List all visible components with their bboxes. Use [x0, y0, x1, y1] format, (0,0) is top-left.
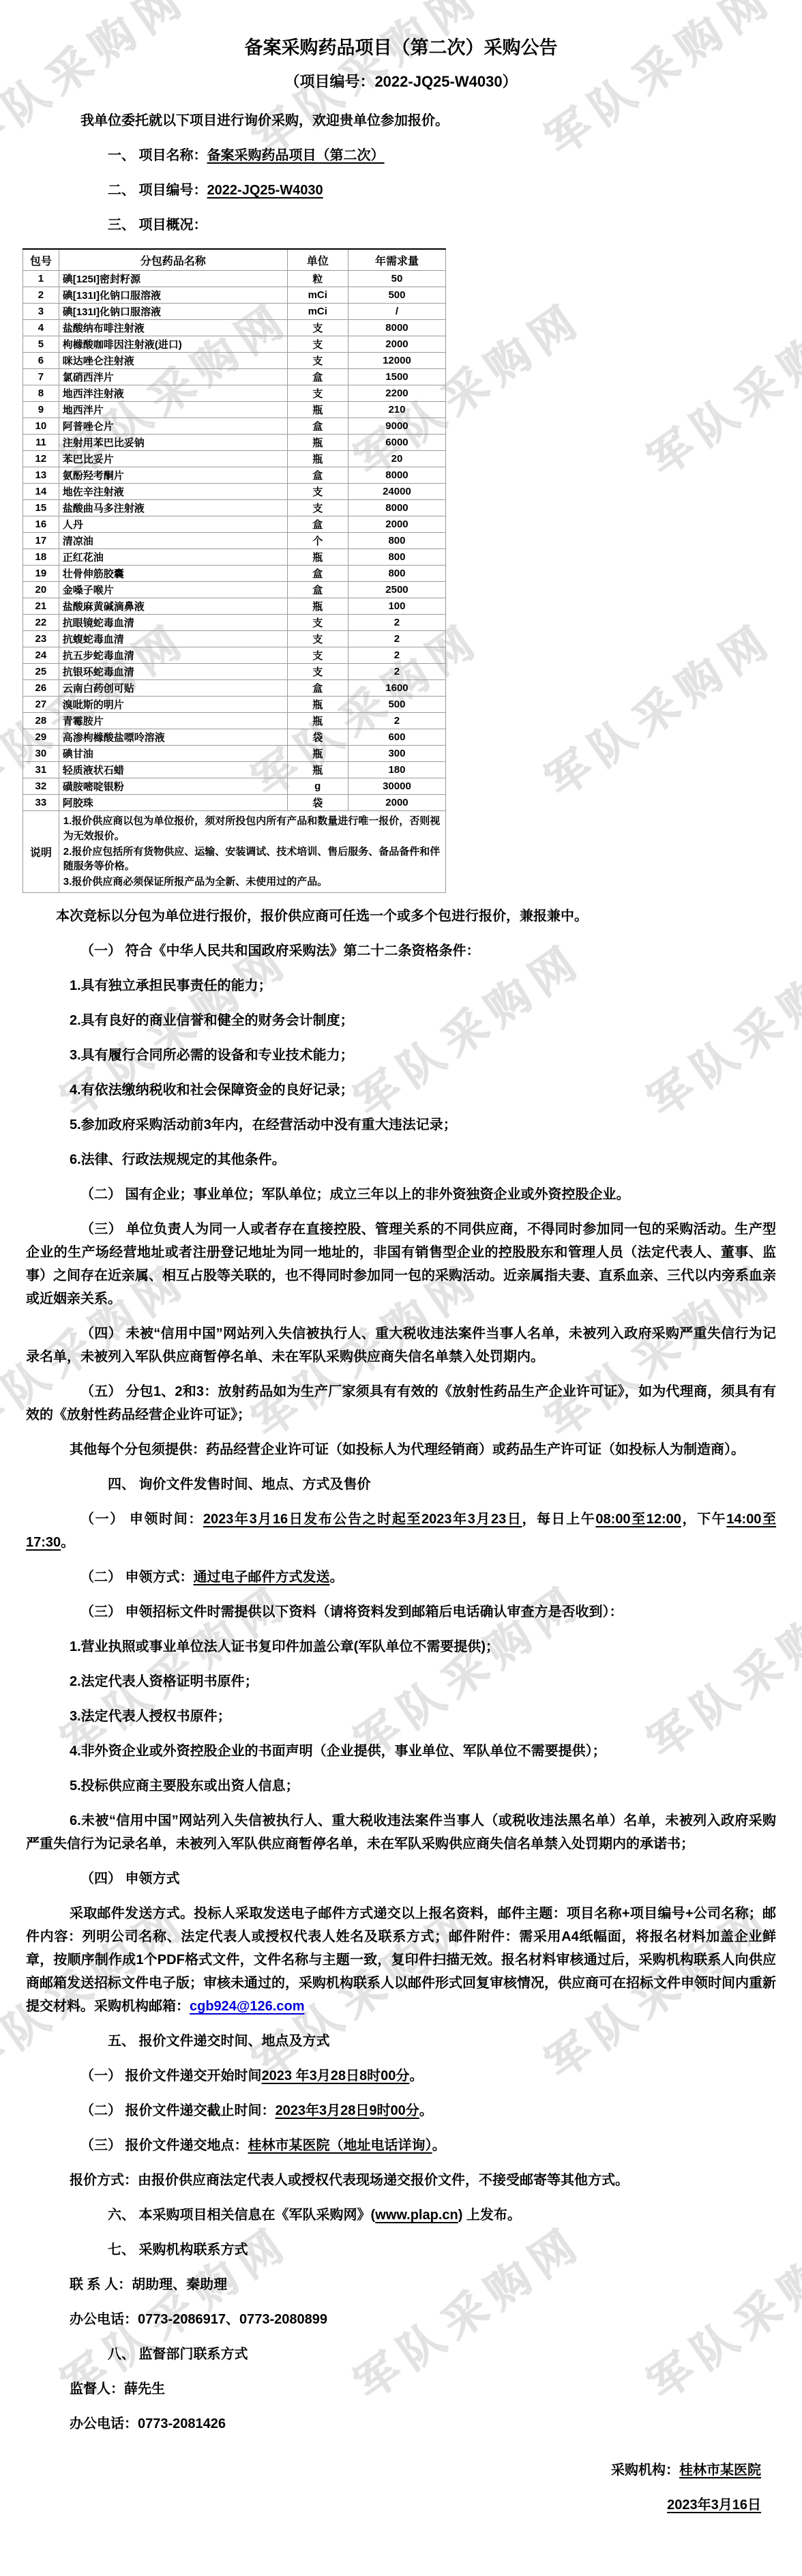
text-segment: 六、 本采购项目相关信息在《军队采购网》( — [108, 2208, 375, 2223]
table-row: 30碘甘油瓶300 — [23, 746, 446, 762]
unit-cell: 瓶 — [287, 598, 348, 615]
unit-cell: 瓶 — [287, 435, 348, 451]
material-item-5: 5.投标供应商主要股东或出资人信息； — [26, 1774, 776, 1798]
unit-cell: 盒 — [287, 418, 348, 435]
table-row: 9地西泮片瓶210 — [23, 402, 446, 418]
drug-name-cell: 氨酚羟考酮片 — [59, 467, 287, 484]
drug-name-cell: 阿普唑仑片 — [59, 418, 287, 435]
text-segment: 监督人：薛先生 — [70, 2382, 165, 2397]
drug-name-cell: 人丹 — [59, 516, 287, 533]
section-6-heading: 六、 本采购项目相关信息在《军队采购网》(www.plap.cn) 上发布。 — [26, 2204, 776, 2227]
text-segment: 桂林市某医院 — [679, 2463, 761, 2478]
drug-name-cell: 云南白药创可贴 — [59, 680, 287, 697]
text-segment: 一、 项目名称： — [108, 148, 207, 163]
drug-name-cell: 清凉油 — [59, 533, 287, 549]
bidding-rule-line: 本次竞标以分包为单位进行报价，报价供应商可任选一个或多个包进行报价，兼报兼中。 — [26, 905, 776, 928]
email-link[interactable]: cgb924@126.com — [190, 1999, 304, 2014]
drug-table-body: 1碘[125I]密封籽源粒502碘[131I]化钠口服溶液mCi5003碘[13… — [23, 271, 446, 811]
annual-demand-cell: 2200 — [348, 385, 445, 402]
text-segment: （四） 未被“信用中国”网站列入失信被执行人、重大税收违法案件当事人名单，未被列… — [26, 1326, 776, 1364]
text-segment: 5.参加政府采购活动前3年内，在经营活动中没有重大违法记录； — [70, 1117, 457, 1132]
text-segment: 3.法定代表人授权书原件； — [70, 1709, 231, 1724]
intro-line: 我单位委托就以下项目进行询价采购，欢迎贵单位参加报价。 — [26, 109, 776, 132]
text-segment: 2.具有良好的商业信誉和健全的财务会计制度； — [70, 1013, 354, 1028]
column-header-unit: 单位 — [287, 249, 348, 271]
package-number-cell: 31 — [23, 762, 59, 778]
text-segment: 4.非外资企业或外资控股企业的书面声明（企业提供，事业单位、军队单位不需要提供）… — [70, 1744, 606, 1759]
annual-demand-cell: 8000 — [348, 320, 445, 336]
text-segment: 我单位委托就以下项目进行询价采购，欢迎贵单位参加报价。 — [80, 113, 449, 128]
apply-send-heading: （四） 申领方式 — [26, 1867, 776, 1890]
drug-table: 包号 分包药品名称 单位 年需求量 1碘[125I]密封籽源粒502碘[131I… — [23, 248, 446, 893]
package-number-cell: 32 — [23, 778, 59, 795]
annual-demand-cell: 12000 — [348, 353, 445, 369]
qualification-item-4: 4.有依法缴纳税收和社会保障资金的良好记录； — [26, 1079, 776, 1102]
unit-cell: 盒 — [287, 566, 348, 582]
annual-demand-cell: 8000 — [348, 467, 445, 484]
table-row: 12苯巴比妥片瓶20 — [23, 451, 446, 467]
column-header-drug-name: 分包药品名称 — [59, 249, 287, 271]
document-page: 军队采购网军队采购网军队采购网军队采购网军队采购网军队采购网军队采购网军队采购网… — [0, 0, 802, 2576]
text-segment: 。 — [409, 2068, 423, 2083]
section-8-heading: 八、 监督部门联系方式 — [26, 2343, 776, 2366]
package-number-cell: 17 — [23, 533, 59, 549]
table-row: 1碘[125I]密封籽源粒50 — [23, 271, 446, 287]
drug-name-cell: 正红花油 — [59, 549, 287, 566]
text-segment: 。 — [419, 2103, 433, 2118]
text-segment: （三） 申领招标文件时需提供以下资料（请将资料发到邮箱后电话确认审查方是否收到）… — [80, 1605, 623, 1620]
package-number-cell: 6 — [23, 353, 59, 369]
annual-demand-cell: 100 — [348, 598, 445, 615]
text-segment: 1.营业执照或事业单位法人证书复印件加盖公章(军队单位不需要提供)； — [70, 1639, 499, 1654]
unit-cell: mCi — [287, 287, 348, 304]
drug-name-cell: 盐酸麻黄碱滴鼻液 — [59, 598, 287, 615]
text-segment: 二、 项目编号： — [108, 183, 207, 198]
text-segment: 。 — [330, 1570, 344, 1585]
text-segment: 办公电话：0773-2086917、0773-2080899 — [70, 2312, 327, 2327]
unit-cell: 瓶 — [287, 549, 348, 566]
unit-cell: 袋 — [287, 795, 348, 811]
annual-demand-cell: 50 — [348, 271, 445, 287]
submit-deadline-line: （二） 报价文件递交截止时间：2023年3月28日9时00分。 — [26, 2099, 776, 2122]
table-row: 25抗银环蛇毒血清支2 — [23, 664, 446, 680]
apply-send-detail: 采取邮件发送方式。投标人采取发送电子邮件方式递交以上报名资料，邮件主题：项目名称… — [26, 1902, 776, 2018]
annual-demand-cell: 800 — [348, 533, 445, 549]
package-number-cell: 21 — [23, 598, 59, 615]
text-segment: （一） 申领时间： — [80, 1512, 203, 1527]
annual-demand-cell: 600 — [348, 729, 445, 746]
unit-cell: 粒 — [287, 271, 348, 287]
text-segment: 其他每个分包须提供：药品经营企业许可证（如投标人为代理经销商）或药品生产许可证（… — [70, 1442, 745, 1457]
contact-person-line: 联 系 人：胡助理、秦助理 — [26, 2273, 776, 2296]
drug-name-cell: 抗蝮蛇毒血清 — [59, 631, 287, 647]
table-row: 16人丹盒2000 — [23, 516, 446, 533]
package-number-cell: 26 — [23, 680, 59, 697]
table-row: 31轻质液状石蜡瓶180 — [23, 762, 446, 778]
unit-cell: 瓶 — [287, 451, 348, 467]
drug-name-cell: 抗银环蛇毒血清 — [59, 664, 287, 680]
page-title: 备案采购药品项目（第二次）采购公告 — [26, 33, 776, 59]
text-segment: （二） 申领方式： — [80, 1570, 194, 1585]
package-number-cell: 28 — [23, 713, 59, 729]
package-number-cell: 14 — [23, 484, 59, 500]
text-segment: 三、 项目概况： — [108, 218, 207, 233]
pre-table-paragraphs: 我单位委托就以下项目进行询价采购，欢迎贵单位参加报价。一、 项目名称：备案采购药… — [26, 109, 776, 237]
drug-name-cell: 碘[131I]化钠口服溶液 — [59, 287, 287, 304]
table-row: 22抗眼镜蛇毒血清支2 — [23, 615, 446, 631]
drug-name-cell: 磺胺嘧啶银粉 — [59, 778, 287, 795]
table-row: 27溴吡斯的明片瓶500 — [23, 697, 446, 713]
unit-cell: 支 — [287, 664, 348, 680]
column-header-annual-demand: 年需求量 — [348, 249, 445, 271]
package-number-cell: 19 — [23, 566, 59, 582]
table-row: 10阿普唑仑片盒9000 — [23, 418, 446, 435]
drug-name-cell: 地佐辛注射液 — [59, 484, 287, 500]
qualification-credit-rule: （四） 未被“信用中国”网站列入失信被执行人、重大税收违法案件当事人名单，未被列… — [26, 1322, 776, 1368]
annual-demand-cell: 2500 — [348, 582, 445, 598]
drug-name-cell: 抗五步蛇毒血清 — [59, 647, 287, 664]
section-4-heading: 四、 询价文件发售时间、地点、方式及售价 — [26, 1473, 776, 1496]
post-table-paragraphs: 本次竞标以分包为单位进行报价，报价供应商可任选一个或多个包进行报价，兼报兼中。（… — [26, 905, 776, 2517]
submit-method-line: 报价方式：由报价供应商法定代表人或授权代表现场递交报价文件，不接受邮寄等其他方式… — [26, 2169, 776, 2192]
note-label-cell: 说明 — [23, 811, 59, 893]
qualification-entity-type: （二） 国有企业；事业单位；军队单位；成立三年以上的非外资独资企业或外资控股企业… — [26, 1183, 776, 1206]
annual-demand-cell: 20 — [348, 451, 445, 467]
package-number-cell: 7 — [23, 369, 59, 385]
package-number-cell: 2 — [23, 287, 59, 304]
annual-demand-cell: 8000 — [348, 500, 445, 516]
qualification-item-2: 2.具有良好的商业信誉和健全的财务会计制度； — [26, 1009, 776, 1032]
annual-demand-cell: 2 — [348, 615, 445, 631]
table-row: 21盐酸麻黄碱滴鼻液瓶100 — [23, 598, 446, 615]
qualification-license-rule: （五） 分包1、2和3：放射药品如为生产厂家须具有有效的《放射性药品生产企业许可… — [26, 1380, 776, 1426]
unit-cell: 盒 — [287, 582, 348, 598]
package-number-cell: 3 — [23, 304, 59, 320]
section-5-heading: 五、 报价文件递交时间、地点及方式 — [26, 2030, 776, 2053]
annual-demand-cell: / — [348, 304, 445, 320]
qualification-item-6: 6.法律、行政法规规定的其他条件。 — [26, 1148, 776, 1171]
drug-name-cell: 地西泮片 — [59, 402, 287, 418]
drug-name-cell: 氯硝西泮片 — [59, 369, 287, 385]
project-number-subtitle: （项目编号：2022-JQ25-W4030） — [26, 70, 776, 91]
annual-demand-cell: 800 — [348, 566, 445, 582]
table-row: 20金嗓子喉片盒2500 — [23, 582, 446, 598]
table-row: 23抗蝮蛇毒血清支2 — [23, 631, 446, 647]
text-segment: （三） 单位负责人为同一人或者存在直接控股、管理关系的不同供应商，不得同时参加同… — [26, 1222, 776, 1306]
table-row: 8地西泮注射液支2200 — [23, 385, 446, 402]
text-segment: 2.法定代表人资格证明书原件； — [70, 1674, 258, 1689]
package-number-cell: 1 — [23, 271, 59, 287]
text-segment: 采取邮件发送方式。投标人采取发送电子邮件方式递交以上报名资料，邮件主题：项目名称… — [26, 1906, 776, 2014]
document-content: 备案采购药品项目（第二次）采购公告 （项目编号：2022-JQ25-W4030）… — [0, 0, 802, 2576]
material-item-2: 2.法定代表人资格证明书原件； — [26, 1670, 776, 1693]
text-segment: （五） 分包1、2和3：放射药品如为生产厂家须具有有效的《放射性药品生产企业许可… — [26, 1384, 776, 1422]
drug-name-cell: 碘[125I]密封籽源 — [59, 271, 287, 287]
material-item-3: 3.法定代表人授权书原件； — [26, 1705, 776, 1728]
qualification-heading: （一） 符合《中华人民共和国政府采购法》第二十二条资格条件： — [26, 939, 776, 963]
annual-demand-cell: 500 — [348, 287, 445, 304]
package-number-cell: 18 — [23, 549, 59, 566]
table-header-row: 包号 分包药品名称 单位 年需求量 — [23, 249, 446, 271]
package-number-cell: 25 — [23, 664, 59, 680]
annual-demand-cell: 30000 — [348, 778, 445, 795]
annual-demand-cell: 2000 — [348, 336, 445, 353]
text-segment: 4.有依法缴纳税收和社会保障资金的良好记录； — [70, 1083, 354, 1098]
drug-name-cell: 抗眼镜蛇毒血清 — [59, 615, 287, 631]
text-segment: 八、 监督部门联系方式 — [108, 2347, 248, 2362]
project-name-line: 一、 项目名称：备案采购药品项目（第二次） — [26, 144, 776, 167]
drug-name-cell: 溴吡斯的明片 — [59, 697, 287, 713]
drug-name-cell: 高渗枸橼酸盐嘌呤溶液 — [59, 729, 287, 746]
unit-cell: 袋 — [287, 729, 348, 746]
text-segment: 2023年3月16日 — [667, 2498, 761, 2513]
table-row: 6咪达唑仑注射液支12000 — [23, 353, 446, 369]
package-number-cell: 16 — [23, 516, 59, 533]
annual-demand-cell: 180 — [348, 762, 445, 778]
project-number-line: 二、 项目编号：2022-JQ25-W4030 — [26, 179, 776, 202]
qualification-item-5: 5.参加政府采购活动前3年内，在经营活动中没有重大违法记录； — [26, 1113, 776, 1137]
package-number-cell: 5 — [23, 336, 59, 353]
text-segment: （一） 报价文件递交开始时间 — [80, 2068, 262, 2083]
text-segment: 6.未被“信用中国”网站列入失信被执行人、重大税收违法案件当事人（或税收违法黑名… — [26, 1813, 776, 1851]
package-number-cell: 10 — [23, 418, 59, 435]
package-number-cell: 15 — [23, 500, 59, 516]
package-number-cell: 33 — [23, 795, 59, 811]
qualification-license-other: 其他每个分包须提供：药品经营企业许可证（如投标人为代理经销商）或药品生产许可证（… — [26, 1438, 776, 1461]
note-body-cell: 1.报价供应商以包为单位报价，须对所投包内所有产品和数量进行唯一报价，否则视为无… — [59, 811, 445, 893]
text-segment: ，每日上午 — [522, 1512, 595, 1527]
text-segment: 2023年3月16日发布公告之时起至2023年3月23日 — [203, 1512, 522, 1527]
text-segment: 2023年3月28日9时00分 — [276, 2103, 419, 2118]
table-row: 3碘[131I]化钠口服溶液mCi/ — [23, 304, 446, 320]
text-segment: （四） 申领方式 — [80, 1871, 180, 1886]
unit-cell: 瓶 — [287, 402, 348, 418]
text-segment: 08:00至12:00 — [595, 1512, 681, 1527]
annual-demand-cell: 2 — [348, 664, 445, 680]
text-segment: 本次竞标以分包为单位进行报价，报价供应商可任选一个或多个包进行报价，兼报兼中。 — [56, 909, 588, 924]
section-7-heading: 七、 采购机构联系方式 — [26, 2238, 776, 2262]
text-segment: 2022-JQ25-W4030 — [207, 183, 323, 198]
text-segment: 6.法律、行政法规规定的其他条件。 — [70, 1152, 286, 1167]
annual-demand-cell: 1500 — [348, 369, 445, 385]
drug-name-cell: 注射用苯巴比妥钠 — [59, 435, 287, 451]
annual-demand-cell: 500 — [348, 697, 445, 713]
table-row: 15盐酸曲马多注射液支8000 — [23, 500, 446, 516]
package-number-cell: 11 — [23, 435, 59, 451]
table-row: 4盐酸纳布啡注射液支8000 — [23, 320, 446, 336]
drug-name-cell: 地西泮注射液 — [59, 385, 287, 402]
unit-cell: 盒 — [287, 467, 348, 484]
package-number-cell: 22 — [23, 615, 59, 631]
table-note-row: 说明 1.报价供应商以包为单位报价，须对所投包内所有产品和数量进行唯一报价，否则… — [23, 811, 446, 893]
package-number-cell: 29 — [23, 729, 59, 746]
drug-name-cell: 盐酸曲马多注射液 — [59, 500, 287, 516]
text-segment: （二） 国有企业；事业单位；军队单位；成立三年以上的非外资独资企业或外资控股企业… — [80, 1187, 630, 1202]
drug-name-cell: 枸橼酸咖啡因注射液(进口) — [59, 336, 287, 353]
table-row: 19壮骨伸筋胶囊盒800 — [23, 566, 446, 582]
announce-date-line: 2023年3月16日 — [26, 2493, 776, 2517]
text-segment: 备案采购药品项目（第二次） — [207, 148, 385, 163]
website-link[interactable]: www.plap.cn — [375, 2208, 458, 2223]
text-segment: （一） 符合《中华人民共和国政府采购法》第二十二条资格条件： — [80, 943, 480, 958]
text-segment: 报价方式：由报价供应商法定代表人或授权代表现场递交报价文件，不接受邮寄等其他方式… — [70, 2173, 629, 2188]
unit-cell: 瓶 — [287, 697, 348, 713]
unit-cell: g — [287, 778, 348, 795]
text-segment: ) 上发布。 — [458, 2208, 521, 2223]
qualification-item-3: 3.具有履行合同所必需的设备和专业技术能力； — [26, 1044, 776, 1067]
annual-demand-cell: 300 — [348, 746, 445, 762]
annual-demand-cell: 6000 — [348, 435, 445, 451]
text-segment: 。 — [61, 1535, 74, 1550]
table-row: 26云南白药创可贴盒1600 — [23, 680, 446, 697]
project-overview-line: 三、 项目概况： — [26, 214, 776, 237]
annual-demand-cell: 2000 — [348, 516, 445, 533]
text-segment: 3.具有履行合同所必需的设备和专业技术能力； — [70, 1048, 354, 1063]
unit-cell: 支 — [287, 336, 348, 353]
table-row: 14地佐辛注射液支24000 — [23, 484, 446, 500]
text-segment: 五、 报价文件递交时间、地点及方式 — [108, 2034, 330, 2049]
drug-name-cell: 咪达唑仑注射液 — [59, 353, 287, 369]
unit-cell: 个 — [287, 533, 348, 549]
table-row: 11注射用苯巴比妥钠瓶6000 — [23, 435, 446, 451]
drug-name-cell: 轻质液状石蜡 — [59, 762, 287, 778]
text-segment: 联 系 人：胡助理、秦助理 — [70, 2277, 227, 2292]
note-line: 2.报价应包括所有货物供应、运输、安装调试、技术培训、售后服务、备品备件和伴随服… — [63, 845, 441, 875]
text-segment: 5.投标供应商主要股东或出资人信息； — [70, 1779, 299, 1794]
table-row: 24抗五步蛇毒血清支2 — [23, 647, 446, 664]
text-segment: 桂林市某医院（地址电话详询） — [248, 2138, 432, 2153]
package-number-cell: 30 — [23, 746, 59, 762]
text-segment: 1.具有独立承担民事责任的能力； — [70, 978, 272, 993]
annual-demand-cell: 210 — [348, 402, 445, 418]
drug-name-cell: 碘甘油 — [59, 746, 287, 762]
package-number-cell: 13 — [23, 467, 59, 484]
package-number-cell: 4 — [23, 320, 59, 336]
annual-demand-cell: 9000 — [348, 418, 445, 435]
qualification-item-1: 1.具有独立承担民事责任的能力； — [26, 974, 776, 997]
unit-cell: 支 — [287, 320, 348, 336]
note-line: 3.报价供应商必须保证所报产品为全新、未使用过的产品。 — [63, 875, 441, 890]
supervisor-phone-line: 办公电话：0773-2081426 — [26, 2412, 776, 2435]
text-segment: ，下午 — [681, 1512, 726, 1527]
note-line: 1.报价供应商以包为单位报价，须对所投包内所有产品和数量进行唯一报价，否则视为无… — [63, 814, 441, 844]
material-item-6: 6.未被“信用中国”网站列入失信被执行人、重大税收违法案件当事人（或税收违法黑名… — [26, 1809, 776, 1856]
drug-name-cell: 苯巴比妥片 — [59, 451, 287, 467]
drug-name-cell: 盐酸纳布啡注射液 — [59, 320, 287, 336]
text-segment: （三） 报价文件递交地点： — [80, 2138, 248, 2153]
table-row: 5枸橼酸咖啡因注射液(进口)支2000 — [23, 336, 446, 353]
package-number-cell: 8 — [23, 385, 59, 402]
package-number-cell: 9 — [23, 402, 59, 418]
table-row: 28青霉胺片瓶2 — [23, 713, 446, 729]
annual-demand-cell: 24000 — [348, 484, 445, 500]
unit-cell: 支 — [287, 647, 348, 664]
text-segment: 七、 采购机构联系方式 — [108, 2242, 248, 2257]
text-segment: 办公电话：0773-2081426 — [70, 2416, 226, 2431]
package-number-cell: 20 — [23, 582, 59, 598]
package-number-cell: 23 — [23, 631, 59, 647]
text-segment: 四、 询价文件发售时间、地点、方式及售价 — [108, 1477, 371, 1492]
unit-cell: 瓶 — [287, 762, 348, 778]
unit-cell: 瓶 — [287, 713, 348, 729]
material-item-4: 4.非外资企业或外资控股企业的书面声明（企业提供，事业单位、军队单位不需要提供）… — [26, 1740, 776, 1763]
text-segment: （二） 报价文件递交截止时间： — [80, 2103, 276, 2118]
table-row: 13氨酚羟考酮片盒8000 — [23, 467, 446, 484]
annual-demand-cell: 2000 — [348, 795, 445, 811]
annual-demand-cell: 800 — [348, 549, 445, 566]
column-header-package: 包号 — [23, 249, 59, 271]
qualification-relation-rule: （三） 单位负责人为同一人或者存在直接控股、管理关系的不同供应商，不得同时参加同… — [26, 1218, 776, 1311]
apply-material-heading: （三） 申领招标文件时需提供以下资料（请将资料发到邮箱后电话确认审查方是否收到）… — [26, 1600, 776, 1624]
table-row: 18正红花油瓶800 — [23, 549, 446, 566]
unit-cell: 支 — [287, 353, 348, 369]
submit-place-line: （三） 报价文件递交地点：桂林市某医院（地址电话详询）。 — [26, 2134, 776, 2157]
table-row: 29高渗枸橼酸盐嘌呤溶液袋600 — [23, 729, 446, 746]
table-row: 17清凉油个800 — [23, 533, 446, 549]
drug-name-cell: 金嗓子喉片 — [59, 582, 287, 598]
material-item-1: 1.营业执照或事业单位法人证书复印件加盖公章(军队单位不需要提供)； — [26, 1635, 776, 1658]
drug-name-cell: 碘[131I]化钠口服溶液 — [59, 304, 287, 320]
submit-start-line: （一） 报价文件递交开始时间2023 年3月28日8时00分。 — [26, 2064, 776, 2088]
contact-phone-line: 办公电话：0773-2086917、0773-2080899 — [26, 2308, 776, 2331]
unit-cell: 盒 — [287, 369, 348, 385]
unit-cell: mCi — [287, 304, 348, 320]
annual-demand-cell: 2 — [348, 631, 445, 647]
unit-cell: 支 — [287, 484, 348, 500]
unit-cell: 支 — [287, 385, 348, 402]
supervisor-line: 监督人：薛先生 — [26, 2377, 776, 2401]
unit-cell: 支 — [287, 500, 348, 516]
drug-name-cell: 阿胶珠 — [59, 795, 287, 811]
table-row: 32磺胺嘧啶银粉g30000 — [23, 778, 446, 795]
table-row: 2碘[131I]化钠口服溶液mCi500 — [23, 287, 446, 304]
table-row: 7氯硝西泮片盒1500 — [23, 369, 446, 385]
apply-time-line: （一） 申领时间：2023年3月16日发布公告之时起至2023年3月23日，每日… — [26, 1508, 776, 1554]
annual-demand-cell: 2 — [348, 713, 445, 729]
agency-signature-line: 采购机构：桂林市某医院 — [26, 2459, 776, 2482]
package-number-cell: 24 — [23, 647, 59, 664]
text-segment: 2023 年3月28日8时00分 — [262, 2068, 410, 2083]
table-row: 33阿胶珠袋2000 — [23, 795, 446, 811]
apply-method-line: （二） 申领方式：通过电子邮件方式发送。 — [26, 1566, 776, 1589]
package-number-cell: 12 — [23, 451, 59, 467]
package-number-cell: 27 — [23, 697, 59, 713]
drug-name-cell: 青霉胺片 — [59, 713, 287, 729]
drug-name-cell: 壮骨伸筋胶囊 — [59, 566, 287, 582]
unit-cell: 盒 — [287, 680, 348, 697]
unit-cell: 支 — [287, 631, 348, 647]
text-segment: 。 — [432, 2138, 446, 2153]
unit-cell: 支 — [287, 615, 348, 631]
text-segment: 采购机构： — [611, 2463, 679, 2478]
annual-demand-cell: 1600 — [348, 680, 445, 697]
annual-demand-cell: 2 — [348, 647, 445, 664]
unit-cell: 瓶 — [287, 746, 348, 762]
text-segment: 通过电子邮件方式发送 — [194, 1570, 330, 1585]
unit-cell: 盒 — [287, 516, 348, 533]
